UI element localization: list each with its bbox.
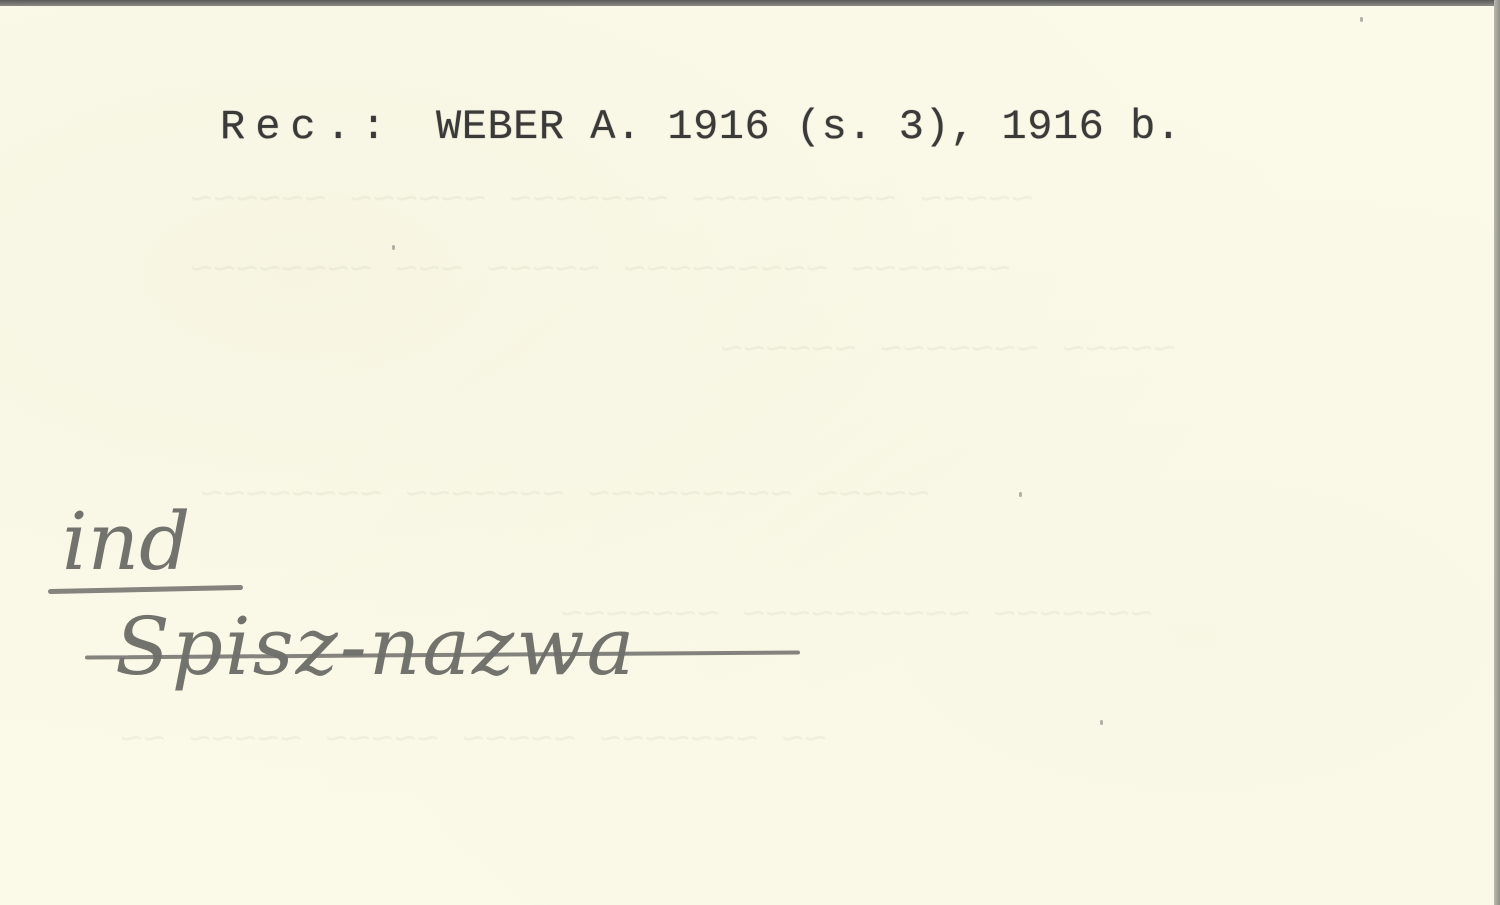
scan-top-edge xyxy=(0,0,1500,6)
handwritten-annotation: ind xyxy=(62,495,190,588)
reference-years: 1916 (s. 3), 1916 b. xyxy=(667,103,1181,151)
bleed-through-text: ~~ ~~~~~~~ ~~~~~ ~~~~~ ~~~~~ ~~ xyxy=(120,720,827,763)
paper-speck xyxy=(392,245,395,250)
scan-right-edge xyxy=(1494,0,1500,905)
rec-label: Rec.: xyxy=(220,103,396,151)
paper-speck xyxy=(1100,720,1103,725)
paper-speck xyxy=(1019,492,1022,497)
paper-speck xyxy=(1360,17,1363,22)
bleed-through-text: ~~~~~~~ ~~~~~~~~~~ ~~~~~~~ xyxy=(560,595,1153,638)
bleed-through-text: ~~~~~ ~~~~~~~~~ ~~~~~~~ ~~~~~~~~ xyxy=(200,475,930,518)
handwritten-struck-text: Spisz-nazwa xyxy=(115,600,636,693)
author-name: WEBER A. xyxy=(436,103,642,151)
typed-reference-line: Rec.:WEBER A. 1916 (s. 3), 1916 b. xyxy=(220,103,1181,151)
bleed-through-text: ~~~~~~~ ~~~~~~~~~ ~~~~~ ~~~ ~~~~~~~~ xyxy=(190,250,1011,293)
bleed-through-text: ~~~~~ ~~~~~~~~~ ~~~~~~~ ~~~~~~ ~~~~~~ xyxy=(190,180,1034,223)
bleed-through-text: ~~~~~ ~~~~~~~ ~~~~~~ xyxy=(720,330,1176,373)
index-card: ~~~~~ ~~~~~~~~~ ~~~~~~~ ~~~~~~ ~~~~~~ ~~… xyxy=(0,5,1494,905)
